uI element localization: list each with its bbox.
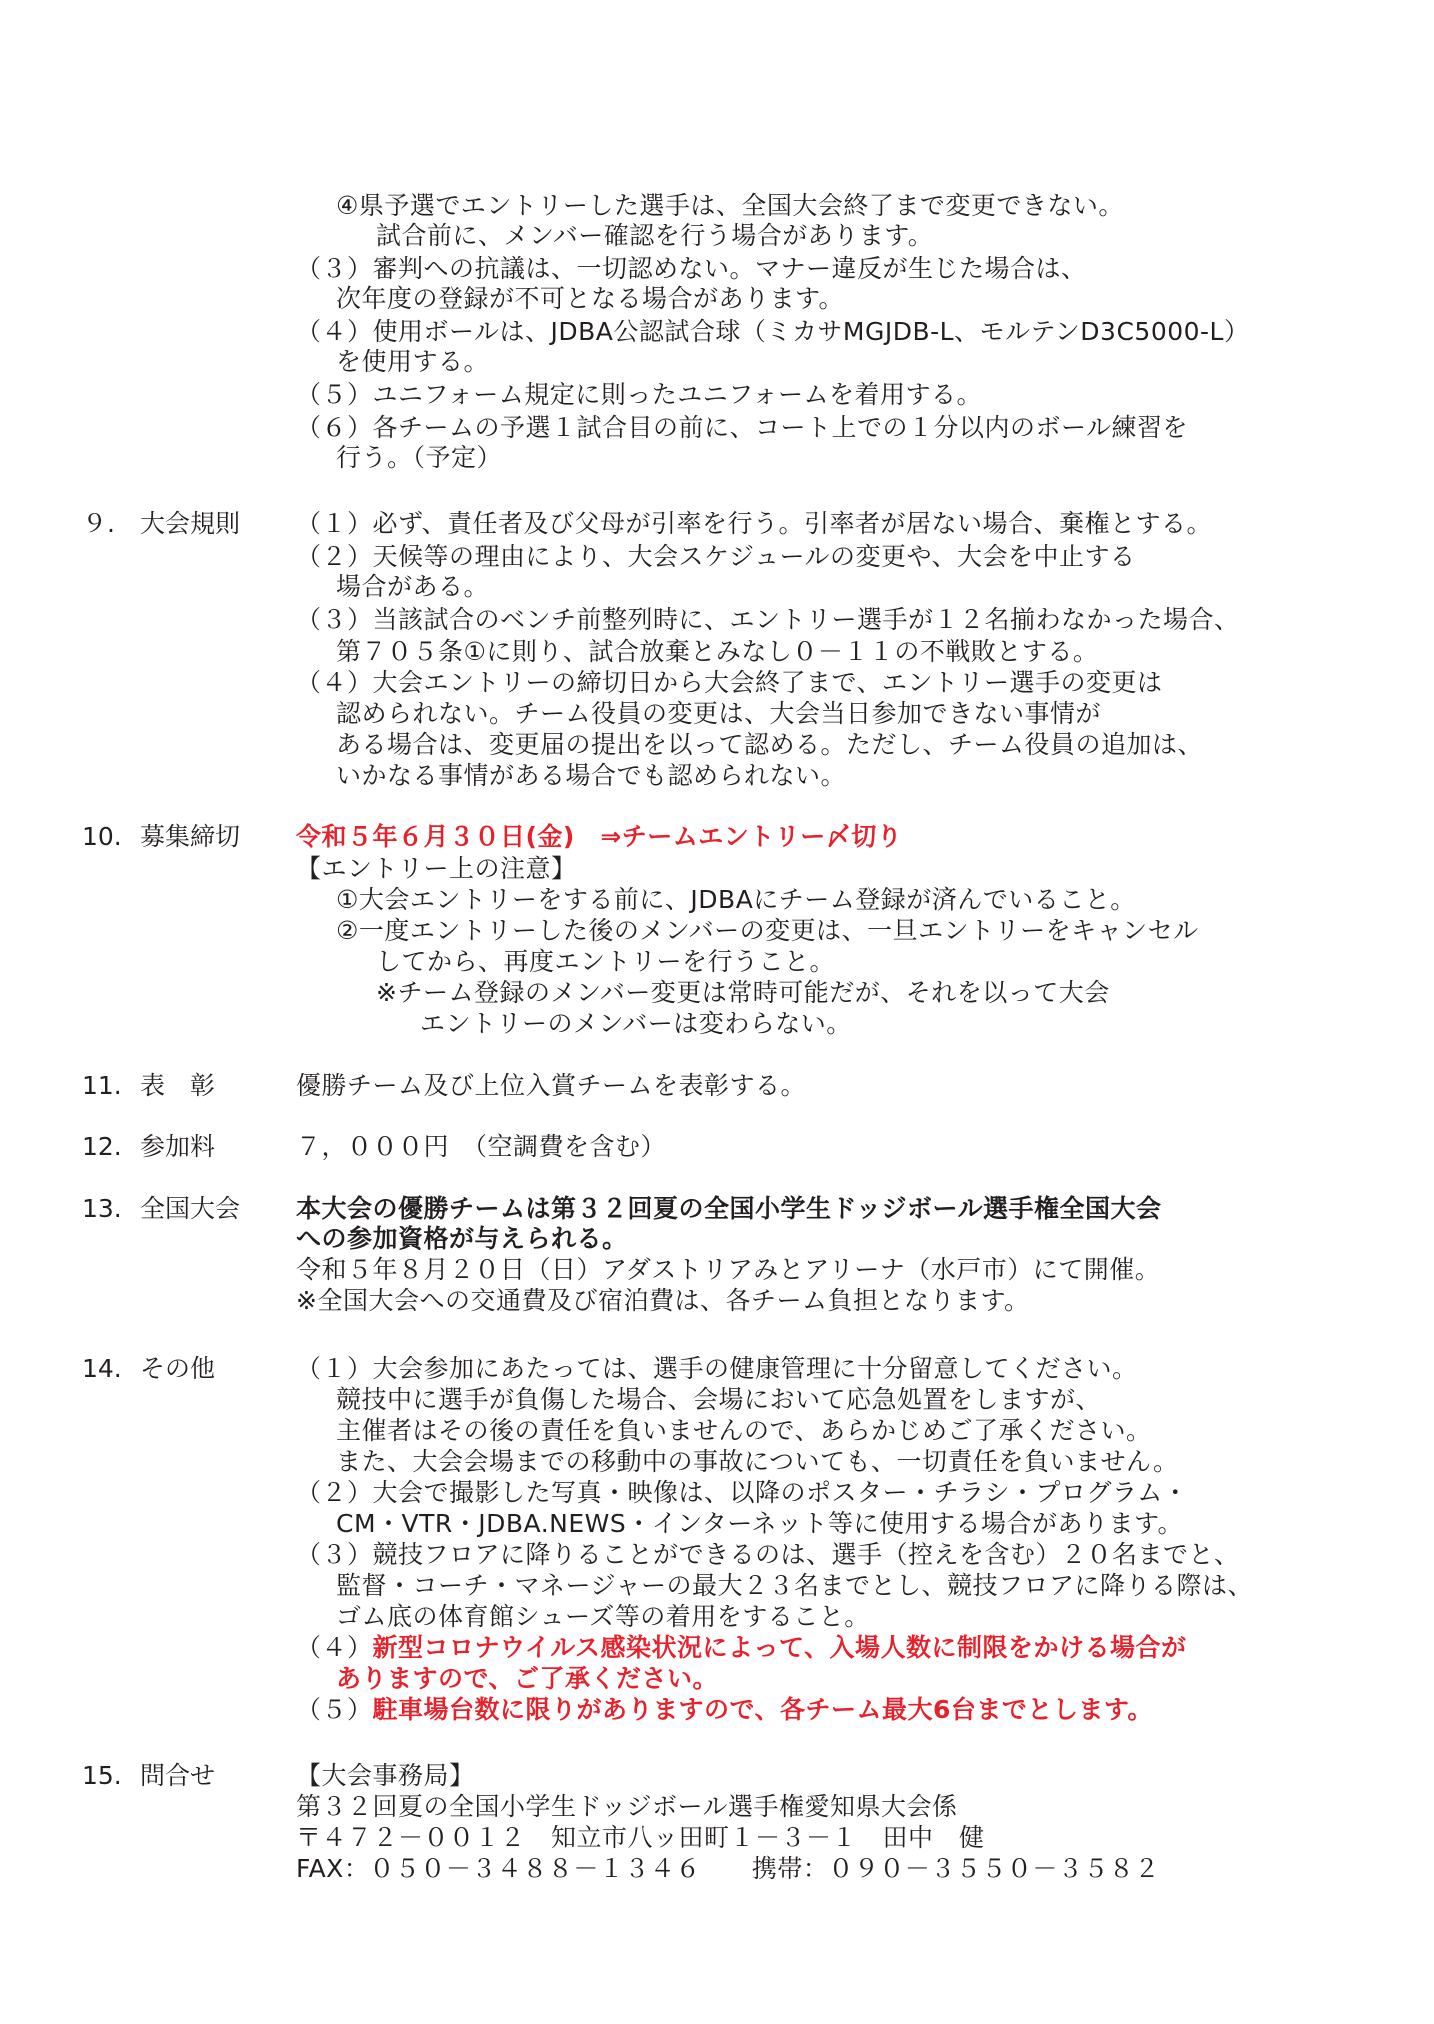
contact-heading: 【大会事務局】 <box>296 1762 475 1790</box>
rule-text: （２）天候等の理由により、大会スケジュールの変更や、大会を中止する <box>296 543 1136 571</box>
section-number: 13. <box>82 1195 122 1223</box>
rule-text: （３）審判への抗議は、一切認めない。マナー違反が生じた場合は、 <box>296 255 1087 283</box>
section-label: 表 彰 <box>140 1072 215 1100</box>
rule-text: ④県予選でエントリーした選手は、全国大会終了まで変更できない。 <box>336 192 1124 220</box>
contact-address: 〒４７２－００１２ 知立市八ッ田町１－３－１ 田中 健 <box>296 1824 985 1852</box>
other-text: 主催者はその後の責任を負いませんので、あらかじめご了承ください。 <box>336 1417 1152 1445</box>
other-text: 監督・コーチ・マネージャーの最大２３名までとし、競技フロアに降りる際は、 <box>336 1572 1253 1600</box>
rule-text: 場合がある。 <box>336 573 489 601</box>
rule-text: 次年度の登録が不可となる場合があります。 <box>336 285 844 313</box>
item-prefix: （４） <box>296 1633 373 1662</box>
rule-text: （４）使用ボールは、JDBA公認試合球（ミカサMGJDB-L、モルテンD3C50… <box>296 318 1249 346</box>
contact-phone: FAX：０５０－３４８８－１３４６ 携帯：０９０－３５５０－３５８２ <box>296 1855 1160 1883</box>
national-text: ※全国大会への交通費及び宿泊費は、各チーム負担となります。 <box>296 1287 1029 1315</box>
entry-note: してから、再度エントリーを行うこと。 <box>376 948 835 976</box>
rule-text: （５）ユニフォーム規定に則ったユニフォームを着用する。 <box>296 381 982 409</box>
section-number: 10. <box>82 823 122 851</box>
rule-text: 行う。（予定） <box>336 444 502 472</box>
section-label: 大会規則 <box>140 510 240 538</box>
entry-note: ②一度エントリーした後のメンバーの変更は、一旦エントリーをキャンセル <box>336 917 1199 945</box>
section-label: 参加料 <box>140 1133 215 1161</box>
other-text: ゴム底の体育館シューズ等の着用をすること。 <box>336 1603 870 1631</box>
other-text: （１）大会参加にあたっては、選手の健康管理に十分留意してください。 <box>296 1355 1138 1383</box>
entry-note: エントリーのメンバーは変わらない。 <box>420 1010 852 1038</box>
covid-notice-text: ありますので、ご了承ください。 <box>336 1665 718 1693</box>
section-number: 14. <box>82 1355 122 1383</box>
fee-text: ７，０００円 （空調費を含む） <box>296 1133 666 1161</box>
entry-note: ※チーム登録のメンバー変更は常時可能だが、それを以って大会 <box>376 979 1110 1007</box>
section-label: 問合せ <box>140 1762 215 1790</box>
rule-text: 試合前に、メンバー確認を行う場合があります。 <box>376 222 933 250</box>
rule-text: いかなる事情がある場合でも認められない。 <box>336 762 846 790</box>
rule-text: （１）必ず、責任者及び父母が引率を行う。引率者が居ない場合、棄権とする。 <box>296 510 1212 538</box>
national-text: への参加資格が与えられる。 <box>296 1225 628 1253</box>
section-number: ９. <box>82 510 115 538</box>
parking-notice-text: 駐車場台数に限りがありますので、各チーム最大6台までとします。 <box>373 1695 1153 1724</box>
section-label: その他 <box>140 1355 215 1383</box>
rule-text: 認められない。チーム役員の変更は、大会当日参加できない事情が <box>336 700 1101 728</box>
other-text: 競技中に選手が負傷した場合、会場において応急処置をしますが、 <box>336 1386 1101 1414</box>
other-text: （２）大会で撮影した写真・映像は、以降のポスター・チラシ・プログラム・ <box>296 1479 1188 1507</box>
rule-text: （３）当該試合のベンチ前整列時に、エントリー選手が１２名揃わなかった場合、 <box>296 606 1240 634</box>
contact-org: 第３２回夏の全国小学生ドッジボール選手権愛知県大会係 <box>296 1793 958 1821</box>
rule-text: （４）大会エントリーの締切日から大会終了まで、エントリー選手の変更は <box>296 669 1163 697</box>
section-number: 15. <box>82 1762 122 1790</box>
item-prefix: （５） <box>296 1695 373 1724</box>
rule-text: ある場合は、変更届の提出を以って認める。ただし、チーム役員の追加は、 <box>336 731 1203 759</box>
rule-text: （６）各チームの予選１試合目の前に、コート上での１分以内のボール練習を <box>296 414 1188 442</box>
entry-note: ①大会エントリーをする前に、JDBAにチーム登録が済んでいること。 <box>336 886 1136 914</box>
rule-text: 第７０５条①に則り、試合放棄とみなし０－１１の不戦敗とする。 <box>336 638 1098 666</box>
other-text: CM・VTR・JDBA.NEWS・インターネット等に使用する場合があります。 <box>336 1510 1183 1538</box>
deadline-text: 令和５年６月３０日(金) ⇒チームエントリー〆切り <box>296 823 902 851</box>
covid-notice: （４）新型コロナウイルス感染状況によって、入場人数に制限をかける場合が <box>296 1634 1187 1662</box>
section-label: 全国大会 <box>140 1195 240 1223</box>
rule-text: を使用する。 <box>336 348 489 376</box>
other-text: また、大会会場までの移動中の事故についても、一切責任を負いません。 <box>336 1448 1179 1476</box>
other-text: （３）競技フロアに降りることができるのは、選手（控えを含む）２０名までと、 <box>296 1541 1240 1569</box>
section-number: 12. <box>82 1133 122 1161</box>
entry-notes-heading: 【エントリー上の注意】 <box>296 855 577 883</box>
national-text: 令和５年８月２０日（日）アダストリアみとアリーナ（水戸市）にて開催。 <box>296 1256 1160 1284</box>
awards-text: 優勝チーム及び上位入賞チームを表彰する。 <box>296 1072 806 1100</box>
covid-notice-text: 新型コロナウイルス感染状況によって、入場人数に制限をかける場合が <box>373 1633 1187 1662</box>
parking-notice: （５）駐車場台数に限りがありますので、各チーム最大6台までとします。 <box>296 1696 1153 1724</box>
section-label: 募集締切 <box>140 823 240 851</box>
national-text: 本大会の優勝チームは第３２回夏の全国小学生ドッジボール選手権全国大会 <box>296 1195 1162 1223</box>
section-number: 11. <box>82 1072 122 1100</box>
